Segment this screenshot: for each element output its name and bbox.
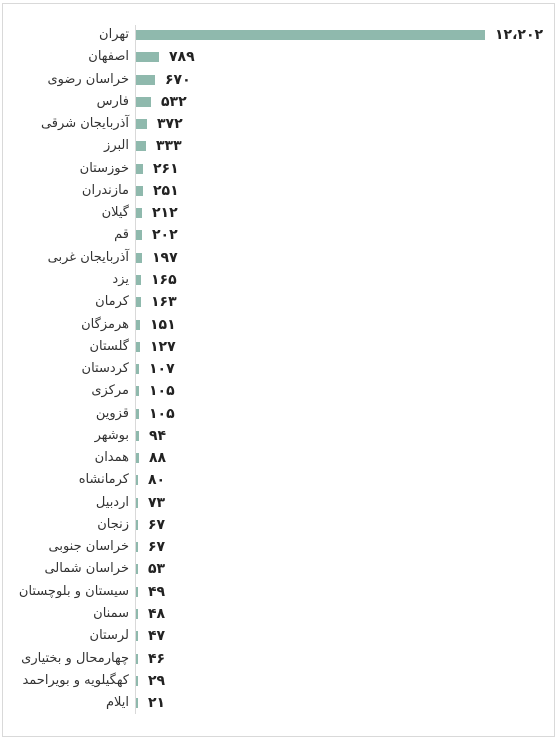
value-label: ۱۰۷	[149, 358, 175, 380]
bar-row: چهارمحال و بختیاری۴۶	[0, 648, 557, 670]
category-label: چهارمحال و بختیاری	[21, 648, 129, 670]
bar	[136, 698, 138, 708]
category-label: بوشهر	[95, 425, 129, 447]
value-label: ۱۲،۲۰۲	[495, 24, 543, 46]
value-label: ۸۸	[149, 447, 166, 469]
bar	[136, 208, 142, 218]
bar	[136, 230, 142, 240]
category-label: آذربایجان شرقی	[41, 113, 129, 135]
value-label: ۴۷	[148, 625, 165, 647]
category-label: سمنان	[93, 603, 129, 625]
bar	[136, 475, 138, 485]
bar-row: اصفهان۷۸۹	[0, 46, 557, 68]
category-label: اردبیل	[96, 492, 129, 514]
bar-row: ایلام۲۱	[0, 692, 557, 714]
bar	[136, 297, 141, 307]
category-label: هرمزگان	[81, 314, 129, 336]
bar	[136, 75, 155, 85]
category-label: خوزستان	[80, 158, 129, 180]
value-label: ۴۶	[148, 648, 165, 670]
value-label: ۱۵۱	[150, 314, 176, 336]
bar-row: گیلان۲۱۲	[0, 202, 557, 224]
category-label: زنجان	[97, 514, 129, 536]
bar-row: کرمان۱۶۳	[0, 291, 557, 313]
bar	[136, 631, 138, 641]
bar	[136, 564, 138, 574]
value-label: ۹۴	[149, 425, 166, 447]
value-label: ۸۰	[148, 469, 165, 491]
bar-row: خراسان رضوی۶۷۰	[0, 69, 557, 91]
value-label: ۲۱	[148, 692, 165, 714]
value-label: ۳۷۲	[157, 113, 183, 135]
value-label: ۱۰۵	[149, 403, 175, 425]
bar	[136, 520, 138, 530]
value-label: ۱۰۵	[149, 380, 175, 402]
bar	[136, 386, 139, 396]
bar-row: تهران۱۲،۲۰۲	[0, 24, 557, 46]
category-label: فارس	[97, 91, 129, 113]
bar	[136, 119, 147, 129]
bar-row: زنجان۶۷	[0, 514, 557, 536]
value-label: ۳۳۳	[156, 135, 182, 157]
bar-row: آذربایجان شرقی۳۷۲	[0, 113, 557, 135]
category-label: کهگیلویه و بویراحمد	[22, 670, 129, 692]
bar	[136, 498, 138, 508]
value-label: ۷۳	[148, 492, 165, 514]
bar	[136, 275, 141, 285]
category-label: گلستان	[89, 336, 129, 358]
value-label: ۲۵۱	[153, 180, 179, 202]
bar	[136, 164, 143, 174]
category-label: خراسان رضوی	[47, 69, 129, 91]
bar	[136, 609, 138, 619]
bar	[136, 431, 139, 441]
value-label: ۲۰۲	[152, 224, 178, 246]
bar	[136, 542, 138, 552]
bar	[136, 320, 140, 330]
bar-row: البرز۳۳۳	[0, 135, 557, 157]
category-label: سیستان و بلوچستان	[19, 581, 129, 603]
value-label: ۴۸	[148, 603, 165, 625]
bar-row: خوزستان۲۶۱	[0, 158, 557, 180]
bar-row: قزوین۱۰۵	[0, 403, 557, 425]
bar-row: آذربایجان غربی۱۹۷	[0, 247, 557, 269]
category-label: همدان	[95, 447, 129, 469]
bar	[136, 30, 485, 40]
bar	[136, 409, 139, 419]
bar-row: قم۲۰۲	[0, 224, 557, 246]
category-label: البرز	[104, 135, 129, 157]
category-label: مازندران	[82, 180, 129, 202]
category-label: آذربایجان غربی	[48, 247, 129, 269]
value-label: ۶۷	[148, 514, 165, 536]
value-label: ۶۷	[148, 536, 165, 558]
value-label: ۴۹	[148, 581, 165, 603]
category-label: اصفهان	[88, 46, 129, 68]
category-label: لرستان	[90, 625, 129, 647]
bar-row: بوشهر۹۴	[0, 425, 557, 447]
bar	[136, 97, 151, 107]
value-label: ۲۹	[148, 670, 165, 692]
value-label: ۶۷۰	[165, 69, 191, 91]
bar-row: سیستان و بلوچستان۴۹	[0, 581, 557, 603]
category-label: کرمان	[95, 291, 129, 313]
category-label: یزد	[112, 269, 129, 291]
bar-row: مازندران۲۵۱	[0, 180, 557, 202]
category-label: خراسان شمالی	[44, 558, 129, 580]
bar-row: مرکزی۱۰۵	[0, 380, 557, 402]
category-label: گیلان	[102, 202, 129, 224]
bar	[136, 676, 138, 686]
bar-row: کردستان۱۰۷	[0, 358, 557, 380]
bar-row: یزد۱۶۵	[0, 269, 557, 291]
bar-row: لرستان۴۷	[0, 625, 557, 647]
bar	[136, 52, 159, 62]
bar-row: اردبیل۷۳	[0, 492, 557, 514]
bar	[136, 364, 139, 374]
category-label: کردستان	[82, 358, 129, 380]
bar	[136, 342, 140, 352]
value-label: ۱۶۵	[151, 269, 177, 291]
category-label: تهران	[99, 24, 129, 46]
bar	[136, 253, 142, 263]
category-label: ایلام	[106, 692, 129, 714]
bar-row: فارس۵۳۲	[0, 91, 557, 113]
bar-row: همدان۸۸	[0, 447, 557, 469]
category-label: مرکزی	[91, 380, 129, 402]
value-label: ۱۶۳	[151, 291, 177, 313]
bar-row: خراسان شمالی۵۳	[0, 558, 557, 580]
bar	[136, 654, 138, 664]
value-label: ۷۸۹	[169, 46, 195, 68]
bar-row: هرمزگان۱۵۱	[0, 314, 557, 336]
value-label: ۲۱۲	[152, 202, 178, 224]
bar-row: سمنان۴۸	[0, 603, 557, 625]
bar	[136, 587, 138, 597]
value-label: ۲۶۱	[153, 158, 179, 180]
bar-row: کرمانشاه۸۰	[0, 469, 557, 491]
bar-row: کهگیلویه و بویراحمد۲۹	[0, 670, 557, 692]
bar	[136, 186, 143, 196]
bar-row: گلستان۱۲۷	[0, 336, 557, 358]
bar-row: خراسان جنوبی۶۷	[0, 536, 557, 558]
category-label: قزوین	[96, 403, 129, 425]
value-label: ۵۳۲	[161, 91, 187, 113]
category-label: خراسان جنوبی	[49, 536, 129, 558]
value-label: ۱۹۷	[152, 247, 178, 269]
value-label: ۱۲۷	[150, 336, 176, 358]
bar	[136, 141, 146, 151]
category-label: کرمانشاه	[79, 469, 129, 491]
category-label: قم	[114, 224, 129, 246]
value-label: ۵۳	[148, 558, 165, 580]
bar	[136, 453, 139, 463]
